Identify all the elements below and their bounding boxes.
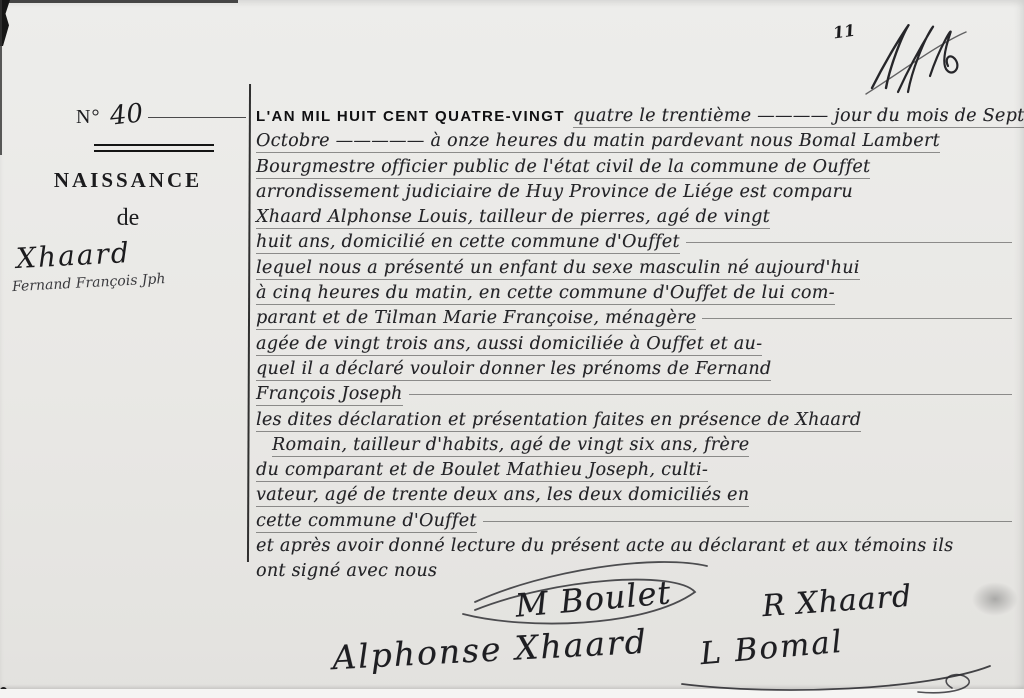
sheet-number: 11 bbox=[832, 21, 857, 43]
handwritten-text: arrondissement judiciaire de Huy Provinc… bbox=[256, 182, 853, 202]
handwritten-text: François Joseph bbox=[256, 384, 403, 406]
act-line: cette commune d'Ouffet bbox=[256, 511, 1012, 536]
handwritten-text: vateur, agé de trente deux ans, les deux… bbox=[256, 485, 749, 507]
act-body: L'AN MIL HUIT CENT QUATRE-VINGT quatre l… bbox=[256, 106, 1012, 587]
act-line: lequel nous a présenté un enfant du sexe… bbox=[256, 258, 1012, 283]
record-number-value: 40 bbox=[109, 98, 145, 131]
act-line: Octobre ————— à onze heures du matin par… bbox=[256, 131, 1012, 156]
handwritten-text: huit ans, domicilié en cette commune d'O… bbox=[256, 232, 680, 254]
handwritten-text: les dites déclaration et présentation fa… bbox=[256, 410, 861, 432]
handwritten-text: lequel nous a présenté un enfant du sexe… bbox=[256, 258, 860, 280]
handwritten-text: cette commune d'Ouffet bbox=[256, 511, 477, 533]
act-type-title: NAISSANCE bbox=[10, 168, 246, 193]
margin-separator-rule bbox=[247, 84, 251, 562]
margin-column: N° 40 NAISSANCE de Xhaard Fernand Franço… bbox=[10, 100, 246, 289]
record-number-label: N° bbox=[76, 106, 100, 129]
ruled-blank bbox=[702, 318, 1012, 319]
act-line: François Joseph bbox=[256, 384, 1012, 409]
act-line: huit ans, domicilié en cette commune d'O… bbox=[256, 232, 1012, 257]
act-line: arrondissement judiciaire de Huy Provinc… bbox=[256, 182, 1012, 207]
ruled-blank bbox=[409, 394, 1012, 395]
handwritten-text: Romain, tailleur d'habits, agé de vingt … bbox=[272, 435, 749, 457]
act-line: à cinq heures du matin, en cette commune… bbox=[256, 283, 1012, 308]
handwritten-text: quatre le trentième ———— jour du mois de… bbox=[573, 106, 1024, 128]
act-line: parant et de Tilman Marie Françoise, mén… bbox=[256, 308, 1012, 333]
act-line: quel il a déclaré vouloir donner les pré… bbox=[256, 359, 1012, 384]
scan-edge-left bbox=[0, 0, 2, 155]
handwritten-text: ont signé avec nous bbox=[256, 561, 437, 581]
handwritten-text: parant et de Tilman Marie Françoise, mén… bbox=[256, 308, 696, 330]
printed-form-opening: L'AN MIL HUIT CENT QUATRE-VINGT bbox=[256, 108, 565, 125]
act-line: Xhaard Alphonse Louis, tailleur de pierr… bbox=[256, 207, 1012, 232]
handwritten-text: à cinq heures du matin, en cette commune… bbox=[256, 283, 835, 305]
handwritten-text: Bourgmestre officier public de l'état ci… bbox=[256, 157, 870, 179]
scan-edge-top bbox=[0, 0, 238, 3]
registrar-paraph-icon bbox=[858, 14, 988, 96]
handwritten-text: Xhaard Alphonse Louis, tailleur de pierr… bbox=[256, 207, 770, 229]
birth-record-scan-page: 11 N° 40 NAISSANCE de Xhaard Fernand Fra… bbox=[0, 0, 1024, 698]
ruled-blank bbox=[483, 521, 1012, 522]
scan-smudge bbox=[972, 582, 1018, 616]
handwritten-text: Octobre ————— à onze heures du matin par… bbox=[256, 131, 940, 153]
act-line: du comparant et de Boulet Mathieu Joseph… bbox=[256, 460, 1012, 485]
divider-double-rule bbox=[94, 144, 214, 152]
handwritten-text: quel il a déclaré vouloir donner les pré… bbox=[256, 359, 771, 381]
of-label: de bbox=[10, 205, 246, 232]
act-line: Bourgmestre officier public de l'état ci… bbox=[256, 157, 1012, 182]
act-line: L'AN MIL HUIT CENT QUATRE-VINGT quatre l… bbox=[256, 106, 1012, 131]
act-line: Romain, tailleur d'habits, agé de vingt … bbox=[256, 435, 1012, 460]
record-number-row: N° 40 bbox=[10, 100, 246, 130]
record-number-rule bbox=[148, 117, 246, 118]
ruled-blank bbox=[686, 242, 1012, 243]
act-line: agée de vingt trois ans, aussi domicilié… bbox=[256, 334, 1012, 359]
act-line: vateur, agé de trente deux ans, les deux… bbox=[256, 485, 1012, 510]
handwritten-text: agée de vingt trois ans, aussi domicilié… bbox=[256, 334, 762, 356]
handwritten-text: du comparant et de Boulet Mathieu Joseph… bbox=[256, 460, 708, 482]
act-line: les dites déclaration et présentation fa… bbox=[256, 410, 1012, 435]
signature-alphonse-xhaard: Alphonse Xhaard bbox=[331, 622, 648, 677]
